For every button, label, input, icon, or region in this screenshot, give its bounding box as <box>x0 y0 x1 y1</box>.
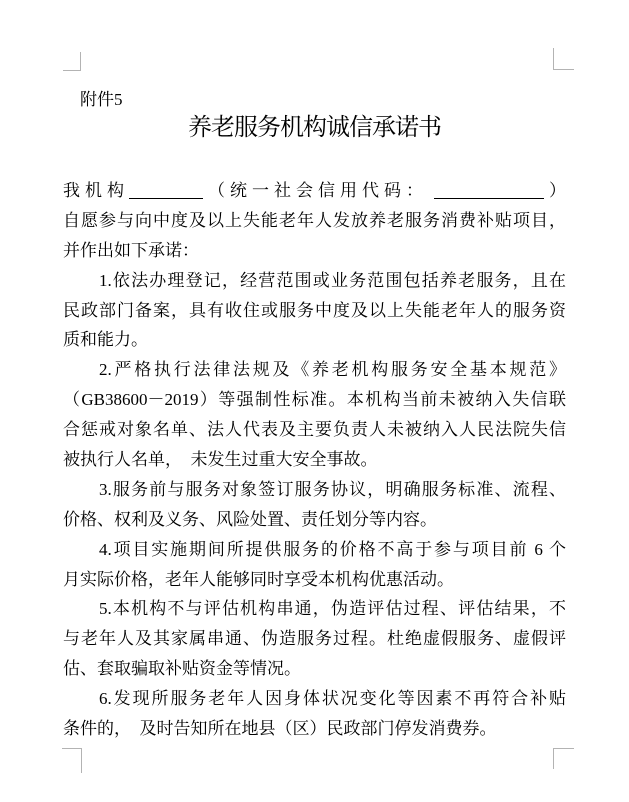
attachment-label: 附件5 <box>63 90 123 110</box>
body-line: 1.依法办理登记，经营范围或业务范围包括养老服务，且在 <box>63 266 566 296</box>
body-line: 被执行人名单， 未发生过重大安全事故。 <box>63 445 566 475</box>
body-line: 自愿参与向中度及以上失能老年人发放养老服务消费补贴项目， <box>63 206 566 236</box>
body-line: 合惩戒对象名单、法人代表及主要负责人未被纳入人民法院失信 <box>63 415 566 445</box>
body-line: 条件的， 及时告知所在地县（区）民政部门停发消费券。 <box>63 714 566 744</box>
document-body: 我机构（统一社会信用代码：） 自愿参与向中度及以上失能老年人发放养老服务消费补贴… <box>63 176 566 744</box>
body-line: 6.发现所服务老年人因身体状况变化等因素不再符合补贴 <box>63 684 566 714</box>
margin-crop-mark-top-left <box>63 52 81 71</box>
body-line: 5.本机构不与评估机构串通，伪造评估过程、评估结果，不 <box>63 594 566 624</box>
body-line: 3.服务前与服务对象签订服务协议，明确服务标准、流程、 <box>63 475 566 505</box>
body-line: 质和能力。 <box>63 325 566 355</box>
credit-code-blank[interactable] <box>434 197 544 199</box>
document-page[interactable]: 附件5 养老服务机构诚信承诺书 我机构（统一社会信用代码：） 自愿参与向中度及以… <box>0 0 629 802</box>
body-line: 并作出如下承诺： <box>63 236 566 266</box>
body-line: 2.严格执行法律法规及《养老机构服务安全基本规范》 <box>63 355 566 385</box>
document-title: 养老服务机构诚信承诺书 <box>63 109 566 147</box>
org-name-blank[interactable] <box>129 197 203 199</box>
opening-prefix: 我机构 <box>63 181 129 200</box>
body-line: 估、套取骗取补贴资金等情况。 <box>63 654 566 684</box>
body-line: 4.项目实施期间所提供服务的价格不高于参与项目前 6 个 <box>63 535 566 565</box>
margin-crop-mark-bottom-right <box>553 748 574 769</box>
body-line: 价格、权利及义务、风险处置、责任划分等内容。 <box>63 505 566 535</box>
body-line: （GB38600－2019）等强制性标准。本机构当前未被纳入失信联 <box>63 385 566 415</box>
body-line: 与老年人及其家属串通、伪造服务过程。杜绝虚假服务、虚假评 <box>63 624 566 654</box>
margin-crop-mark-top-right <box>553 48 574 70</box>
opening-line: 我机构（统一社会信用代码：） <box>63 176 566 206</box>
body-line: 民政部门备案，具有收住或服务中度及以上失能老年人的服务资 <box>63 296 566 326</box>
body-line: 月实际价格，老年人能够同时享受本机构优惠活动。 <box>63 565 566 595</box>
margin-crop-mark-bottom-left <box>62 748 82 773</box>
opening-mid: （统一社会信用代码： <box>203 181 428 200</box>
opening-suffix: ） <box>544 181 566 200</box>
